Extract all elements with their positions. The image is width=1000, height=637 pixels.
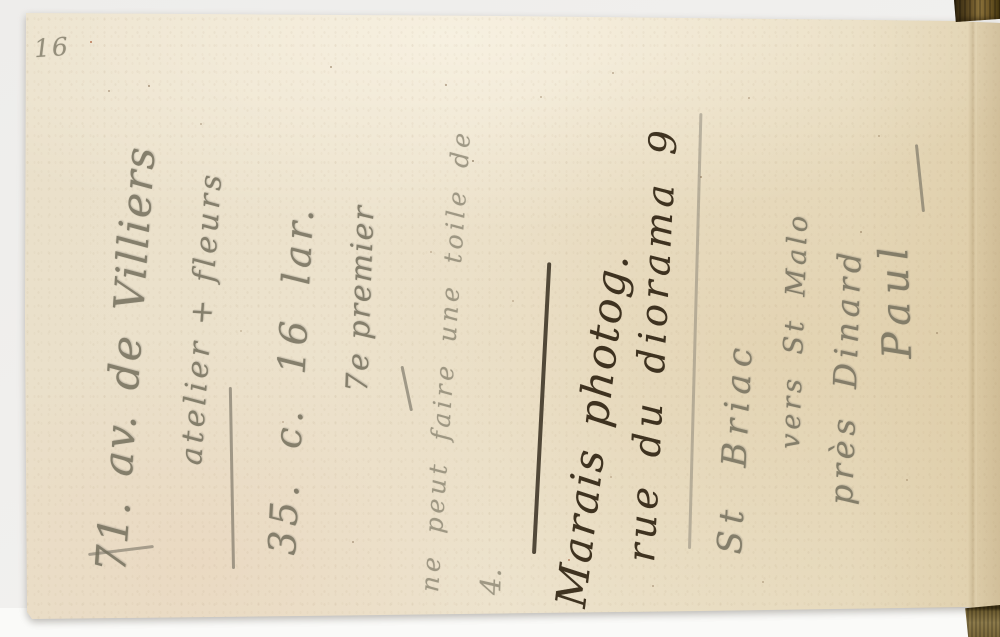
paper-speck <box>108 90 110 92</box>
paper-speck <box>748 97 750 99</box>
paper-speck <box>652 585 654 587</box>
handwritten-line: 4. <box>477 568 506 596</box>
paper-speck <box>878 135 880 137</box>
handwritten-line: 7e premier <box>343 204 380 393</box>
photograph-backdrop: 16 71. av. de Villiers atelier + fleurs … <box>0 0 1000 637</box>
handwritten-line: rue du diorama 9 <box>622 124 683 563</box>
page-fold-edge <box>977 0 1000 637</box>
handwritten-line: près Dinard <box>825 247 866 506</box>
paper-speck <box>612 72 614 74</box>
handwritten-line: St Briac <box>713 340 758 555</box>
pencil-underline <box>229 387 235 569</box>
handwritten-line: 71. av. de Villiers <box>90 144 162 573</box>
paper-speck <box>512 300 514 302</box>
paper-speck <box>352 541 354 543</box>
paper-speck <box>330 66 332 68</box>
handwritten-line-signature: Paul <box>874 239 918 360</box>
paper-speck <box>282 421 284 423</box>
pencil-divider-line <box>688 113 702 549</box>
paper-speck <box>568 559 570 561</box>
handwritten-line: ne peut faire une toile de <box>417 128 474 593</box>
handwritten-line: vers St Malo <box>777 212 812 450</box>
paper-speck <box>906 479 908 481</box>
handwriting-block: 71. av. de Villiers atelier + fleurs 35.… <box>85 112 945 607</box>
paper-speck <box>200 123 202 125</box>
handwritten-line: atelier + fleurs <box>177 170 227 466</box>
paper-speck <box>148 85 150 87</box>
paper-speck <box>472 160 474 162</box>
paper-speck <box>430 251 432 253</box>
pencil-dash-after-signature <box>915 144 925 212</box>
paper-speck <box>610 476 612 478</box>
paper-speck <box>860 231 862 233</box>
binding-remnant-top <box>954 0 1000 22</box>
pencil-dash <box>400 366 412 412</box>
handwritten-line: 35. c. 16 lar. <box>263 203 319 556</box>
page-number: 16 <box>33 32 71 63</box>
paper-speck <box>700 176 702 178</box>
paper-speck <box>540 96 542 98</box>
paper-speck <box>762 581 764 583</box>
paper-speck <box>445 84 447 86</box>
ink-divider-line <box>532 262 551 554</box>
paper-speck <box>90 41 92 43</box>
binding-remnant-bottom <box>963 605 1000 637</box>
paper-speck <box>240 330 242 332</box>
paper-speck <box>936 332 938 334</box>
